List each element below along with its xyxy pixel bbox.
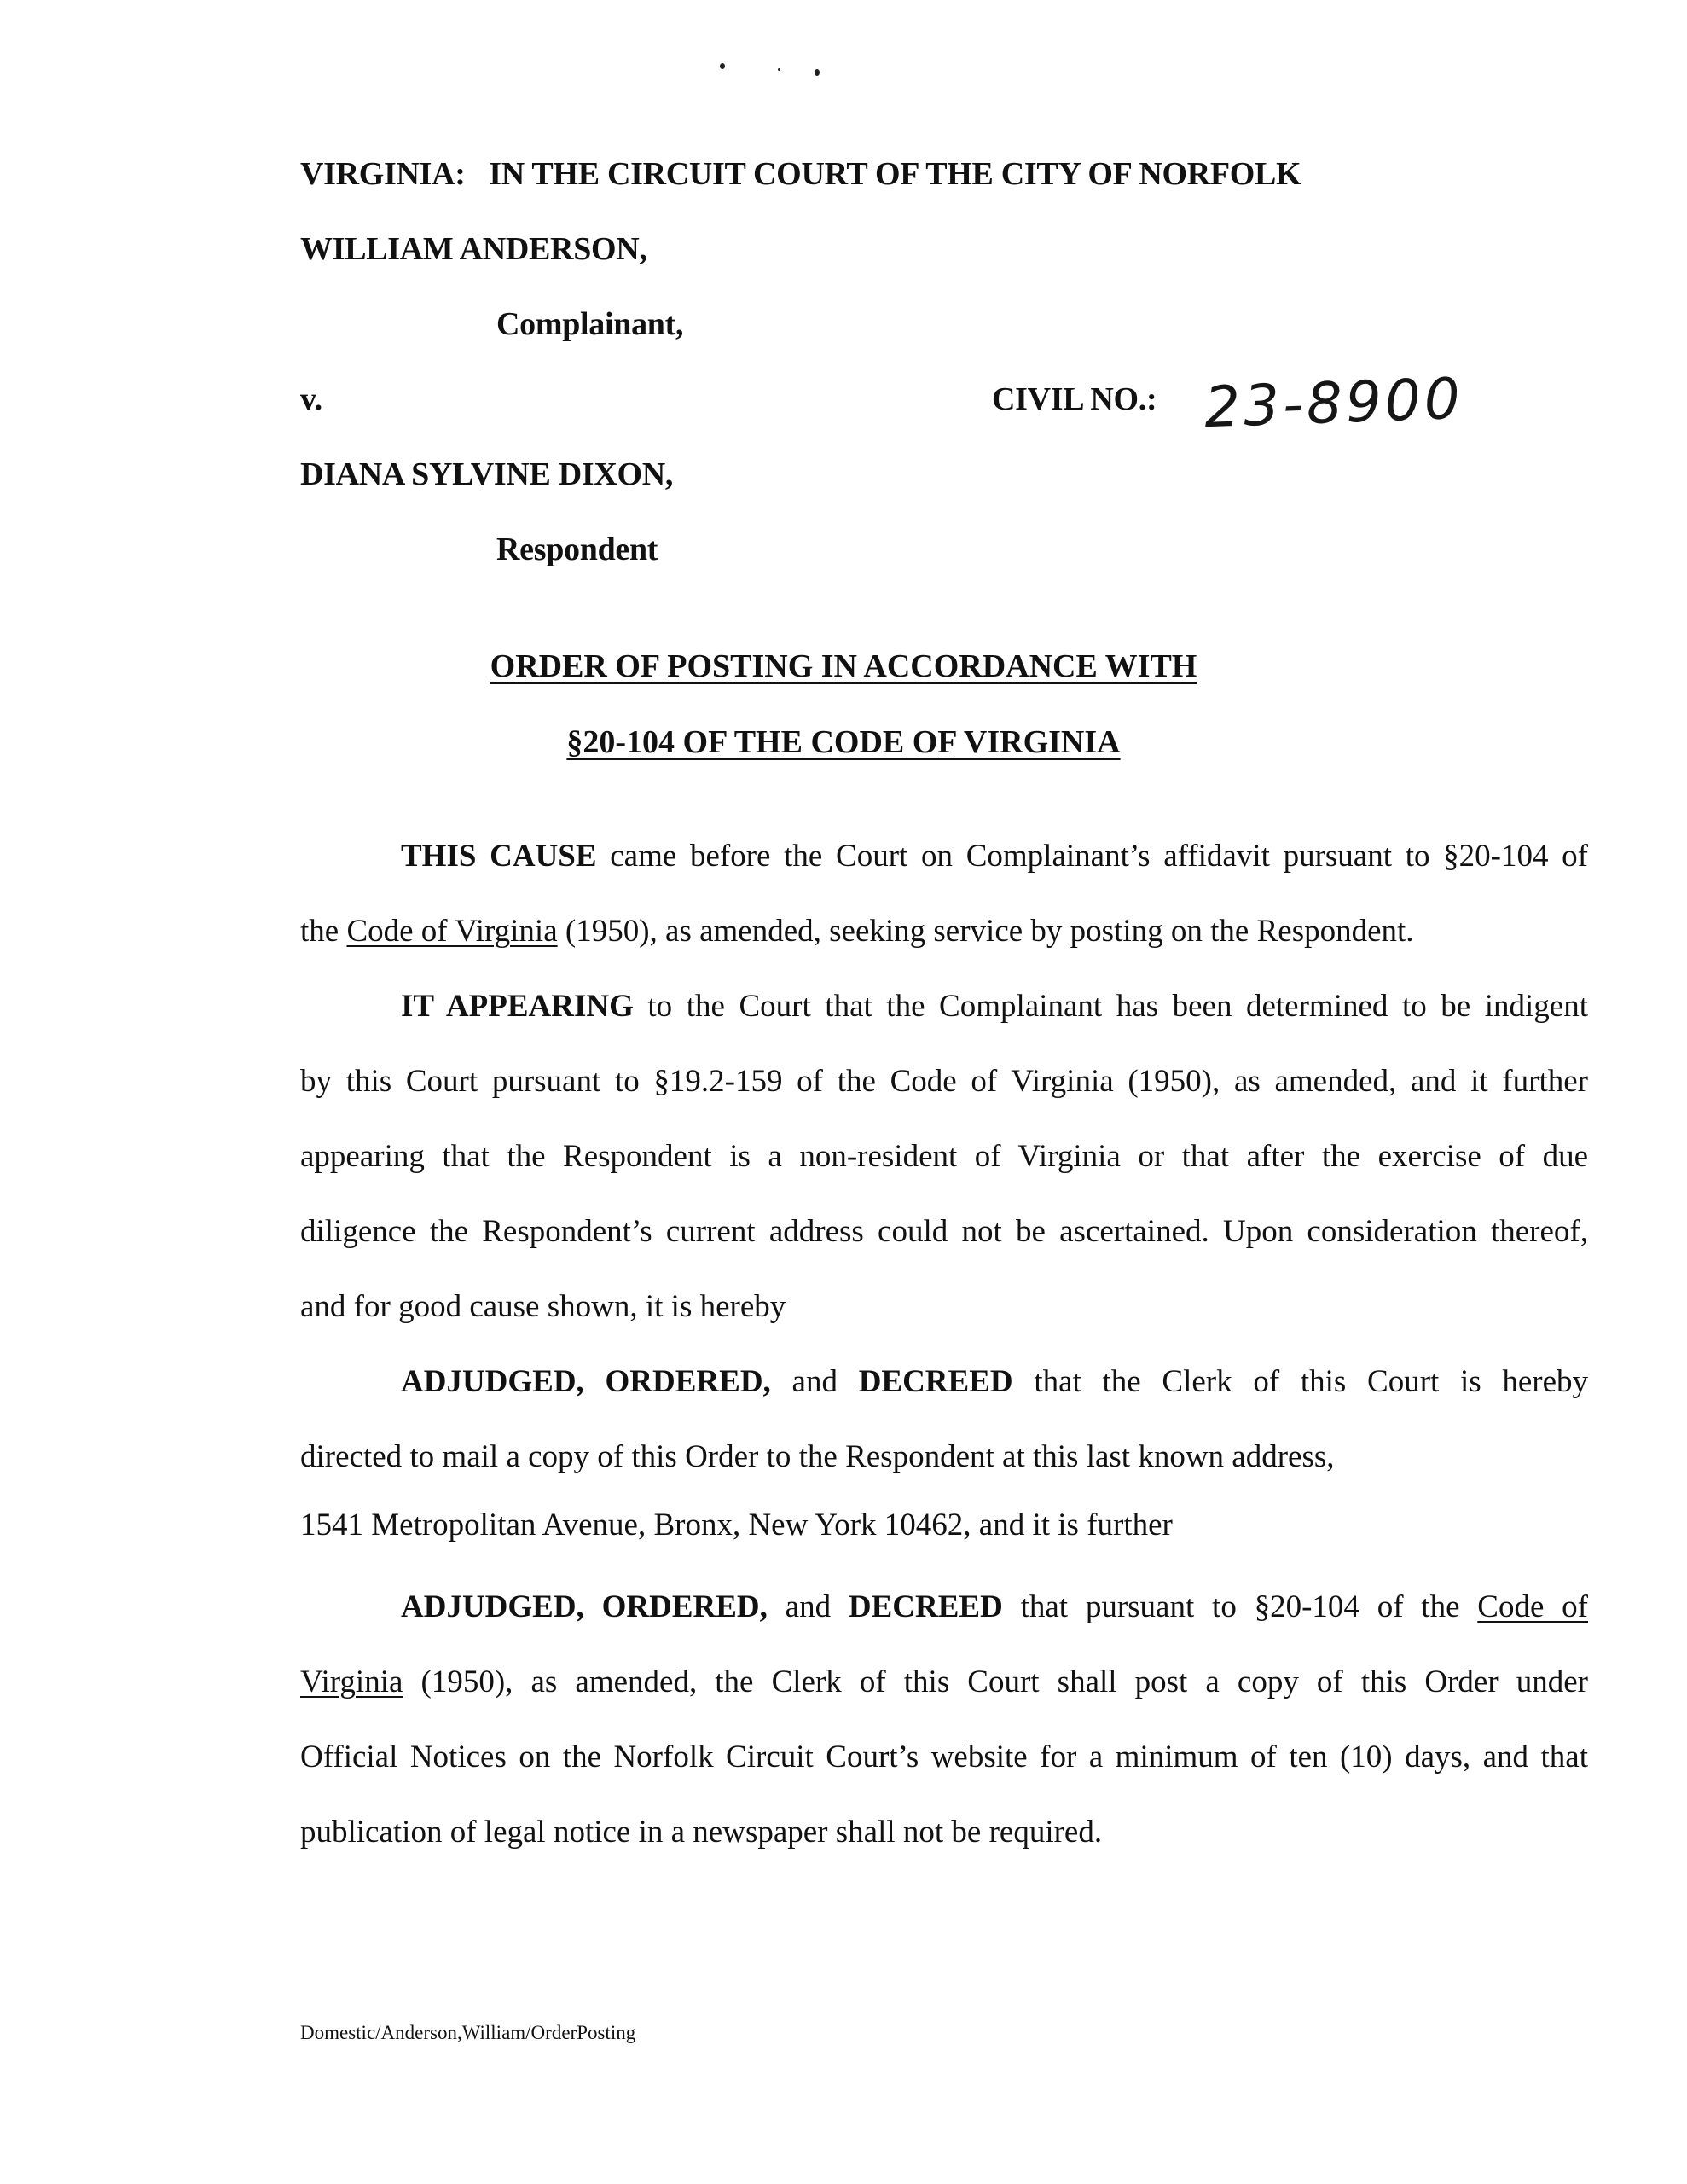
paragraph-2-line-3: appearing that the Respondent is a non-r…: [300, 1138, 1588, 1176]
order-title-text-2: §20-104 OF THE CODE OF VIRGINIA: [566, 724, 1120, 760]
paragraph-3-address-line: 1541 Metropolitan Avenue, Bronx, New Yor…: [300, 1507, 1588, 1544]
paragraph-text: and: [792, 1364, 838, 1399]
paragraph-4-line-3: Official Notices on the Norfolk Circuit …: [300, 1739, 1588, 1776]
civil-number-handwritten: 23-8900: [1203, 366, 1464, 441]
code-of-virginia-citation: Virginia: [300, 1664, 403, 1699]
lead-decreed: DECREED: [849, 1589, 1003, 1624]
lead-it-appearing: IT APPEARING: [401, 989, 634, 1024]
document-page: VIRGINIA: IN THE CIRCUIT COURT OF THE CI…: [0, 0, 1687, 2184]
paragraph-text: that the Clerk of this Court is hereby: [1034, 1364, 1588, 1399]
paragraph-2-line-1: IT APPEARING to the Court that the Compl…: [401, 988, 1588, 1025]
code-of-virginia-citation: Code of Virginia: [346, 914, 557, 949]
order-title-text-1: ORDER OF POSTING IN ACCORDANCE WITH: [490, 648, 1197, 684]
paragraph-3-line-1: ADJUDGED, ORDERED, and DECREED that the …: [401, 1363, 1588, 1401]
scan-speck: [815, 69, 820, 76]
lead-ordered: ORDERED,: [602, 1589, 768, 1624]
paragraph-1-line-1: THIS CAUSE came before the Court on Comp…: [401, 838, 1588, 875]
paragraph-1-line-2: the Code of Virginia (1950), as amended,…: [300, 913, 1588, 950]
lead-ordered: ORDERED,: [606, 1364, 771, 1399]
code-of-virginia-citation: Code of: [1477, 1589, 1588, 1624]
paragraph-text: that pursuant to §20-104 of the: [1021, 1589, 1460, 1624]
scan-speck: [720, 63, 725, 69]
court-caption: VIRGINIA: IN THE CIRCUIT COURT OF THE CI…: [300, 155, 1301, 193]
paragraph-text: (1950), as amended, seeking service by p…: [558, 914, 1414, 949]
order-title-line-2: §20-104 OF THE CODE OF VIRGINIA: [0, 723, 1687, 761]
paragraph-4-line-4: publication of legal notice in a newspap…: [300, 1814, 1588, 1851]
complainant-name: WILLIAM ANDERSON,: [300, 230, 647, 268]
scan-speck: [778, 68, 780, 71]
paragraph-2-line-4: diligence the Respondent’s current addre…: [300, 1213, 1588, 1251]
paragraph-4-line-2: Virginia (1950), as amended, the Clerk o…: [300, 1664, 1588, 1701]
paragraph-3-line-2: directed to mail a copy of this Order to…: [300, 1438, 1588, 1476]
order-title-line-1: ORDER OF POSTING IN ACCORDANCE WITH: [0, 648, 1687, 685]
document-path-footer: Domestic/Anderson,William/OrderPosting: [300, 2020, 635, 2046]
paragraph-text: to the Court that the Complainant has be…: [634, 989, 1588, 1024]
paragraph-text: the: [300, 914, 346, 949]
lead-this-cause: THIS CAUSE: [401, 839, 597, 874]
versus-label: v.: [300, 380, 322, 418]
civil-number-label: CIVIL NO.:: [992, 380, 1157, 418]
complainant-role: Complainant,: [496, 305, 683, 343]
paragraph-text: and: [786, 1589, 831, 1624]
paragraph-4-line-1: ADJUDGED, ORDERED, and DECREED that purs…: [401, 1589, 1588, 1626]
lead-adjudged: ADJUDGED,: [401, 1589, 584, 1624]
respondent-role: Respondent: [496, 531, 658, 568]
respondent-name: DIANA SYLVINE DIXON,: [300, 456, 673, 493]
paragraph-text: came before the Court on Complainant’s a…: [597, 839, 1588, 874]
paragraph-text: (1950), as amended, the Clerk of this Co…: [403, 1664, 1588, 1699]
paragraph-2-line-2: by this Court pursuant to §19.2-159 of t…: [300, 1063, 1588, 1101]
lead-adjudged: ADJUDGED,: [401, 1364, 584, 1399]
paragraph-2-line-5: and for good cause shown, it is hereby: [300, 1288, 1588, 1326]
lead-decreed: DECREED: [859, 1364, 1013, 1399]
